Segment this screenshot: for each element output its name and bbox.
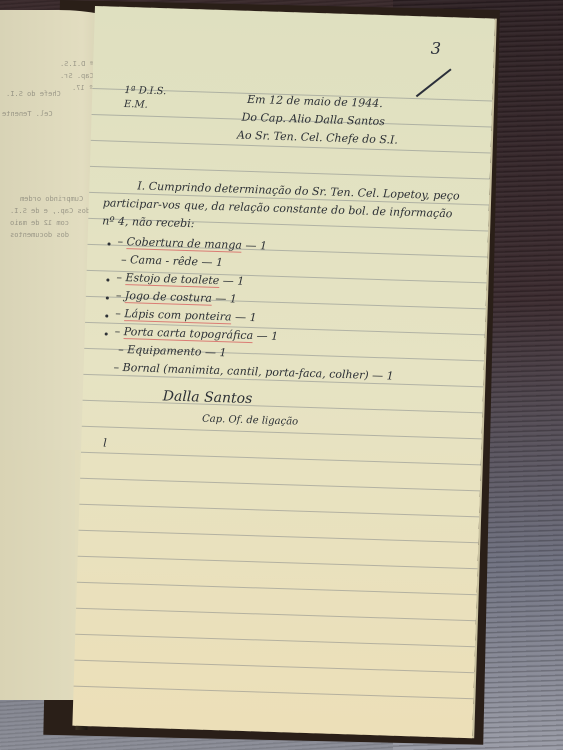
header-from: Do Cap. Alio Dalla Santos	[241, 111, 385, 128]
ruled-line	[79, 504, 479, 518]
ruled-line	[77, 582, 477, 596]
bullet-mark	[106, 278, 109, 281]
handwritten-page: 3 1ª D.I.S. E.M. Em 12 de maio de 1944. …	[72, 6, 494, 738]
list-item: – Lápis com ponteira — 1	[115, 307, 257, 324]
ruled-line	[76, 608, 476, 622]
bullet-mark	[107, 243, 110, 246]
mirrored-text: Cel. Tenente	[2, 110, 53, 118]
list-item: – Equipamento — 1	[118, 343, 227, 359]
ruled-line	[90, 166, 490, 180]
signature: Dalla Santos	[163, 388, 253, 407]
ruled-line	[74, 660, 474, 674]
ruled-line	[79, 530, 479, 544]
header-left-unit: 1ª D.I.S.	[124, 85, 166, 97]
list-item: – Cobertura de manga — 1	[117, 235, 267, 253]
ruled-line	[81, 452, 481, 466]
header-left-staff: E.M.	[124, 99, 148, 111]
page-number: 3	[431, 39, 442, 58]
mirrored-text: com 12 de maio	[10, 219, 69, 227]
signature-title: Cap. Of. de ligação	[202, 414, 298, 428]
header-date: Em 12 de maio de 1944.	[247, 93, 383, 110]
mirrored-text: dos documentos	[10, 231, 69, 239]
pen-stroke	[416, 68, 452, 96]
mirrored-text: Cumprindo ordem	[20, 195, 83, 203]
ruled-line	[74, 686, 474, 700]
margin-mark: l	[103, 436, 107, 449]
mirrored-text: Chefe do S.I.	[6, 90, 61, 98]
mirrored-text: Cap. Sr.	[60, 72, 94, 80]
list-item: – Jogo de costura — 1	[116, 289, 237, 306]
ruled-line	[78, 556, 478, 570]
ruled-line	[75, 634, 475, 648]
ruled-line	[80, 478, 480, 492]
ruled-line	[82, 426, 482, 440]
body-line: nº 4, não recebi:	[102, 214, 195, 230]
left-page-lower	[0, 450, 75, 700]
ruled-line	[83, 400, 483, 414]
bullet-mark	[106, 296, 109, 299]
bullet-mark	[105, 314, 108, 317]
header-to: Ao Sr. Ten. Cel. Chefe do S.I.	[237, 129, 398, 147]
mirrored-text: dos Cap., e de S.I.	[10, 207, 90, 215]
bullet-mark	[105, 332, 108, 335]
list-item: – Cama - rêde — 1	[121, 253, 223, 269]
list-item: – Estojo de toalete — 1	[116, 271, 244, 288]
